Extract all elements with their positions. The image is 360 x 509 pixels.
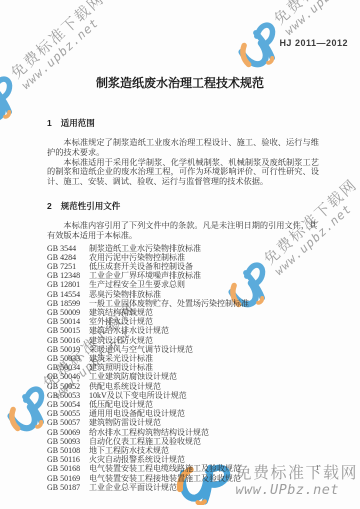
- section-heading: 1适用范围: [47, 117, 319, 129]
- reference-title: 工业企业总平面设计规范: [89, 483, 319, 492]
- reference-title: 工业企业厂界环境噪声排放标准: [89, 271, 319, 280]
- reference-title: 建筑照明设计标准: [89, 363, 319, 372]
- reference-title: 恶臭污染物排放标准: [89, 290, 319, 299]
- reference-row: GB 50046 工业建筑防腐蚀设计规范: [47, 372, 319, 381]
- reference-row: GB 50053 10kV及以下变电所设计规范: [47, 391, 319, 400]
- section-normative-references: 2规范性引用文件 本标准内容引用了下列文件中的条款。凡是未注明日期的引用文件，其…: [47, 200, 319, 492]
- reference-code: GB 50169: [47, 474, 89, 483]
- reference-code: GB 18599: [47, 299, 89, 308]
- reference-row: GB 50055 通用用电设备配电设计规范: [47, 409, 319, 418]
- reference-code: GB 50016: [47, 336, 89, 345]
- reference-row: GB 50009 建筑结构荷载规范: [47, 308, 319, 317]
- paragraph: 本标准适用于采用化学制浆、化学机械制浆、机械制浆及废纸制浆工艺的制浆和造纸企业的…: [47, 158, 319, 187]
- reference-row: GB 12801 生产过程安全卫生要求总则: [47, 280, 319, 289]
- reference-row: GB 50034 建筑照明设计标准: [47, 363, 319, 372]
- reference-row: GB 50187 工业企业总平面设计规范: [47, 483, 319, 492]
- reference-title: 生产过程安全卫生要求总则: [89, 280, 319, 289]
- reference-code: GB 12801: [47, 280, 89, 289]
- reference-title: 低压成套开关设备和控制设备: [89, 262, 319, 271]
- watermark-site-url: www.upbz.net: [282, 0, 360, 37]
- reference-code: GB 50108: [47, 446, 89, 455]
- reference-code: GB 50009: [47, 308, 89, 317]
- reference-row: GB 50015 建筑给水排水设计规范: [47, 326, 319, 335]
- watermark-site-name: 免费标准下载网: [9, 0, 108, 82]
- reference-code: GB 50052: [47, 382, 89, 391]
- reference-code: GB 50046: [47, 372, 89, 381]
- reference-title: 一般工业固体废物贮存、处置场污染控制标准: [89, 299, 319, 308]
- document-body: 1适用范围 本标准规定了制浆造纸工业废水治理工程设计、施工、验收、运行与维护的技…: [47, 117, 319, 492]
- reference-title: 10kV及以下变电所设计规范: [89, 391, 319, 400]
- reference-code: GB 7251: [47, 262, 89, 271]
- references-intro: 本标准内容引用了下列文件中的条款。凡是未注明日期的引用文件，其有效版本适用于本标…: [47, 221, 319, 241]
- reference-row: GB 50054 低压配电设计规范: [47, 400, 319, 409]
- reference-row: GB 14554 恶臭污染物排放标准: [47, 290, 319, 299]
- watermark-site-name: 免费标准下载网: [272, 0, 360, 28]
- reference-code: GB 50015: [47, 326, 89, 335]
- reference-row: GB 50019 采暖通风与空气调节设计规范: [47, 345, 319, 354]
- section-title: 规范性引用文件: [61, 201, 121, 211]
- reference-title: 供配电系统设计规范: [89, 382, 319, 391]
- reference-code: GB 50116: [47, 455, 89, 464]
- reference-row: GB 50116 火灾自动报警系统设计规范: [47, 455, 319, 464]
- reference-title: 农用污泥中污染物控制标准: [89, 253, 319, 262]
- reference-title: 建筑结构荷载规范: [89, 308, 319, 317]
- reference-title: 自动化仪表工程施工及验收规范: [89, 437, 319, 446]
- section-title: 适用范围: [61, 118, 95, 128]
- reference-title: 采暖通风与空气调节设计规范: [89, 345, 319, 354]
- reference-title: 地下工程防水技术规范: [89, 446, 319, 455]
- reference-title: 低压配电设计规范: [89, 400, 319, 409]
- reference-code: GB 50053: [47, 391, 89, 400]
- reference-title: 室外排水设计规范: [89, 317, 319, 326]
- reference-code: GB 4284: [47, 253, 89, 262]
- watermark-top-left: 免费标准下载网 www.upbz.net: [0, 0, 121, 133]
- reference-row: GB 50057 建筑物防雷设计规范: [47, 418, 319, 427]
- reference-row: GB 50168 电气装置安装工程电缆线路施工及验收规范: [47, 464, 319, 473]
- reference-title: 建筑采光设计标准: [89, 354, 319, 363]
- standard-number: HJ 2011—2012: [279, 38, 348, 48]
- reference-code: GB 50034: [47, 363, 89, 372]
- reference-code: GB 50055: [47, 409, 89, 418]
- reference-code: GB 3544: [47, 244, 89, 253]
- reference-row: GB 4284 农用污泥中污染物控制标准: [47, 253, 319, 262]
- reference-title: 电气装置安装工程接地装置施工及验收规范: [89, 474, 319, 483]
- reference-row: GB 50052 供配电系统设计规范: [47, 382, 319, 391]
- reference-row: GB 18599 一般工业固体废物贮存、处置场污染控制标准: [47, 299, 319, 308]
- reference-code: GB 50019: [47, 345, 89, 354]
- reference-row: GB 50169 电气装置安装工程接地装置施工及验收规范: [47, 474, 319, 483]
- reference-row: GB 3544 制浆造纸工业水污染物排放标准: [47, 244, 319, 253]
- reference-code: GB 12348: [47, 271, 89, 280]
- reference-title: 给水排水工程构筑物结构设计规范: [89, 428, 319, 437]
- reference-row: GB 50033 建筑采光设计标准: [47, 354, 319, 363]
- scope-paragraphs: 本标准规定了制浆造纸工业废水治理工程设计、施工、验收、运行与维护的技术要求。 本…: [47, 138, 319, 187]
- reference-code: GB 50093: [47, 437, 89, 446]
- reference-title: 火灾自动报警系统设计规范: [89, 455, 319, 464]
- reference-row: GB 7251 低压成套开关设备和控制设备: [47, 262, 319, 271]
- reference-title: 通用用电设备配电设计规范: [89, 409, 319, 418]
- reference-list: GB 3544 制浆造纸工业水污染物排放标准 GB 4284 农用污泥中污染物控…: [47, 244, 319, 492]
- reference-title: 建筑设计防火规范: [89, 336, 319, 345]
- page-title: 制浆造纸废水治理工程技术规范: [0, 74, 360, 91]
- reference-row: GB 50108 地下工程防水技术规范: [47, 446, 319, 455]
- reference-title: 工业建筑防腐蚀设计规范: [89, 372, 319, 381]
- reference-row: GB 50014 室外排水设计规范: [47, 317, 319, 326]
- reference-code: GB 50187: [47, 483, 89, 492]
- section-number: 2: [47, 201, 52, 211]
- reference-code: GB 14554: [47, 290, 89, 299]
- section-heading: 2规范性引用文件: [47, 200, 319, 212]
- reference-title: 电气装置安装工程电缆线路施工及验收规范: [89, 464, 319, 473]
- reference-code: GB 50014: [47, 317, 89, 326]
- reference-row: GB 12348 工业企业厂界环境噪声排放标准: [47, 271, 319, 280]
- reference-code: GB 50057: [47, 418, 89, 427]
- reference-code: GB 50168: [47, 464, 89, 473]
- page-number: 1: [316, 464, 320, 472]
- reference-code: GB 50069: [47, 428, 89, 437]
- reference-title: 建筑物防雷设计规范: [89, 418, 319, 427]
- reference-row: GB 50093 自动化仪表工程施工及验收规范: [47, 437, 319, 446]
- reference-row: GB 50016 建筑设计防火规范: [47, 336, 319, 345]
- reference-row: GB 50069 给水排水工程构筑物结构设计规范: [47, 428, 319, 437]
- reference-title: 制浆造纸工业水污染物排放标准: [89, 244, 319, 253]
- reference-code: GB 50033: [47, 354, 89, 363]
- reference-title: 建筑给水排水设计规范: [89, 326, 319, 335]
- paragraph: 本标准规定了制浆造纸工业废水治理工程设计、施工、验收、运行与维护的技术要求。: [47, 138, 319, 158]
- reference-code: GB 50054: [47, 400, 89, 409]
- section-number: 1: [47, 118, 52, 128]
- section-scope: 1适用范围 本标准规定了制浆造纸工业废水治理工程设计、施工、验收、运行与维护的技…: [47, 117, 319, 187]
